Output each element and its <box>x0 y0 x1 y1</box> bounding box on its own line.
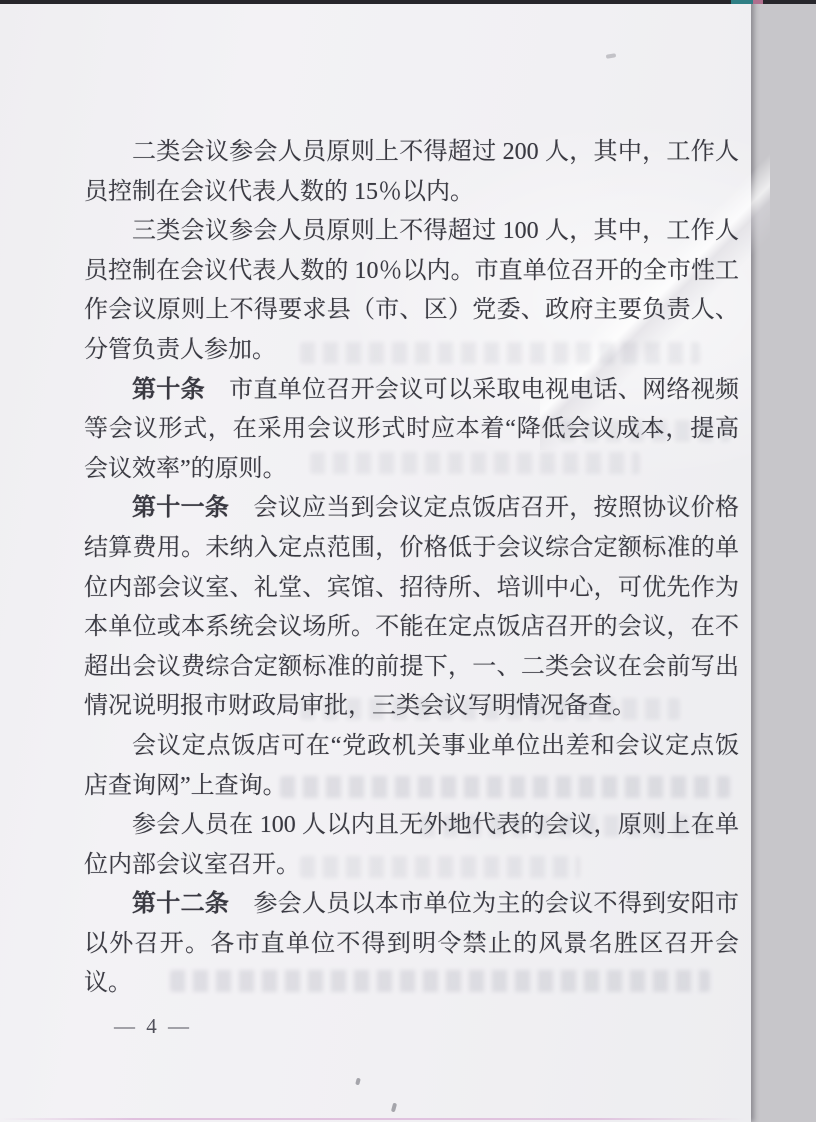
paragraph: 二类会议参会人员原则上不得超过 200 人，其中，工作人员控制在会议代表人数的 … <box>84 133 739 212</box>
paragraph-text: 参会人员在 100 人以内且无外地代表的会议，原则上在单位内部会议室召开。 <box>84 812 739 878</box>
scan-edge-tint <box>753 0 763 4</box>
paragraph-text: 会议应当到会议定点饭店召开，按照协议价格结算费用。未纳入定点范围，价格低于会议综… <box>84 495 739 719</box>
article-number: 第十二条 <box>132 891 253 917</box>
article-number: 第十条 <box>132 377 229 403</box>
page-number: — 4 — <box>114 1014 192 1039</box>
scan-edge-tint <box>731 0 753 4</box>
scan-speck <box>355 1078 361 1086</box>
scan-bottom-edge <box>0 1118 745 1120</box>
paragraph-text: 三类会议参会人员原则上不得超过 100 人，其中，工作人员控制在会议代表人数的 … <box>84 218 739 363</box>
paragraph-article-11: 第十一条 会议应当到会议定点饭店召开，按照协议价格结算费用。未纳入定点范围，价格… <box>84 489 739 727</box>
scan-top-edge <box>0 0 816 4</box>
scan-speck <box>391 1103 397 1113</box>
paragraph-article-10: 第十条 市直单位召开会议可以采取电视电话、网络视频等会议形式，在采用会议形式时应… <box>84 371 739 490</box>
paragraph-article-12: 第十二条 参会人员以本市单位为主的会议不得到安阳市以外召开。各市直单位不得到明令… <box>84 885 739 1004</box>
paragraph: 参会人员在 100 人以内且无外地代表的会议，原则上在单位内部会议室召开。 <box>84 806 739 885</box>
paragraph: 会议定点饭店可在“党政机关事业单位出差和会议定点饭店查询网”上查询。 <box>84 727 739 806</box>
article-number: 第十一条 <box>132 495 253 521</box>
scan-speck <box>606 53 617 59</box>
paragraph-text: 会议定点饭店可在“党政机关事业单位出差和会议定点饭店查询网”上查询。 <box>84 733 739 799</box>
paragraph: 三类会议参会人员原则上不得超过 100 人，其中，工作人员控制在会议代表人数的 … <box>84 212 739 370</box>
scanned-document: { "document": { "kind": "scanned governm… <box>0 0 816 1122</box>
page-body-text: 二类会议参会人员原则上不得超过 200 人，其中，工作人员控制在会议代表人数的 … <box>84 133 739 1004</box>
paragraph-text: 二类会议参会人员原则上不得超过 200 人，其中，工作人员控制在会议代表人数的 … <box>84 139 739 205</box>
